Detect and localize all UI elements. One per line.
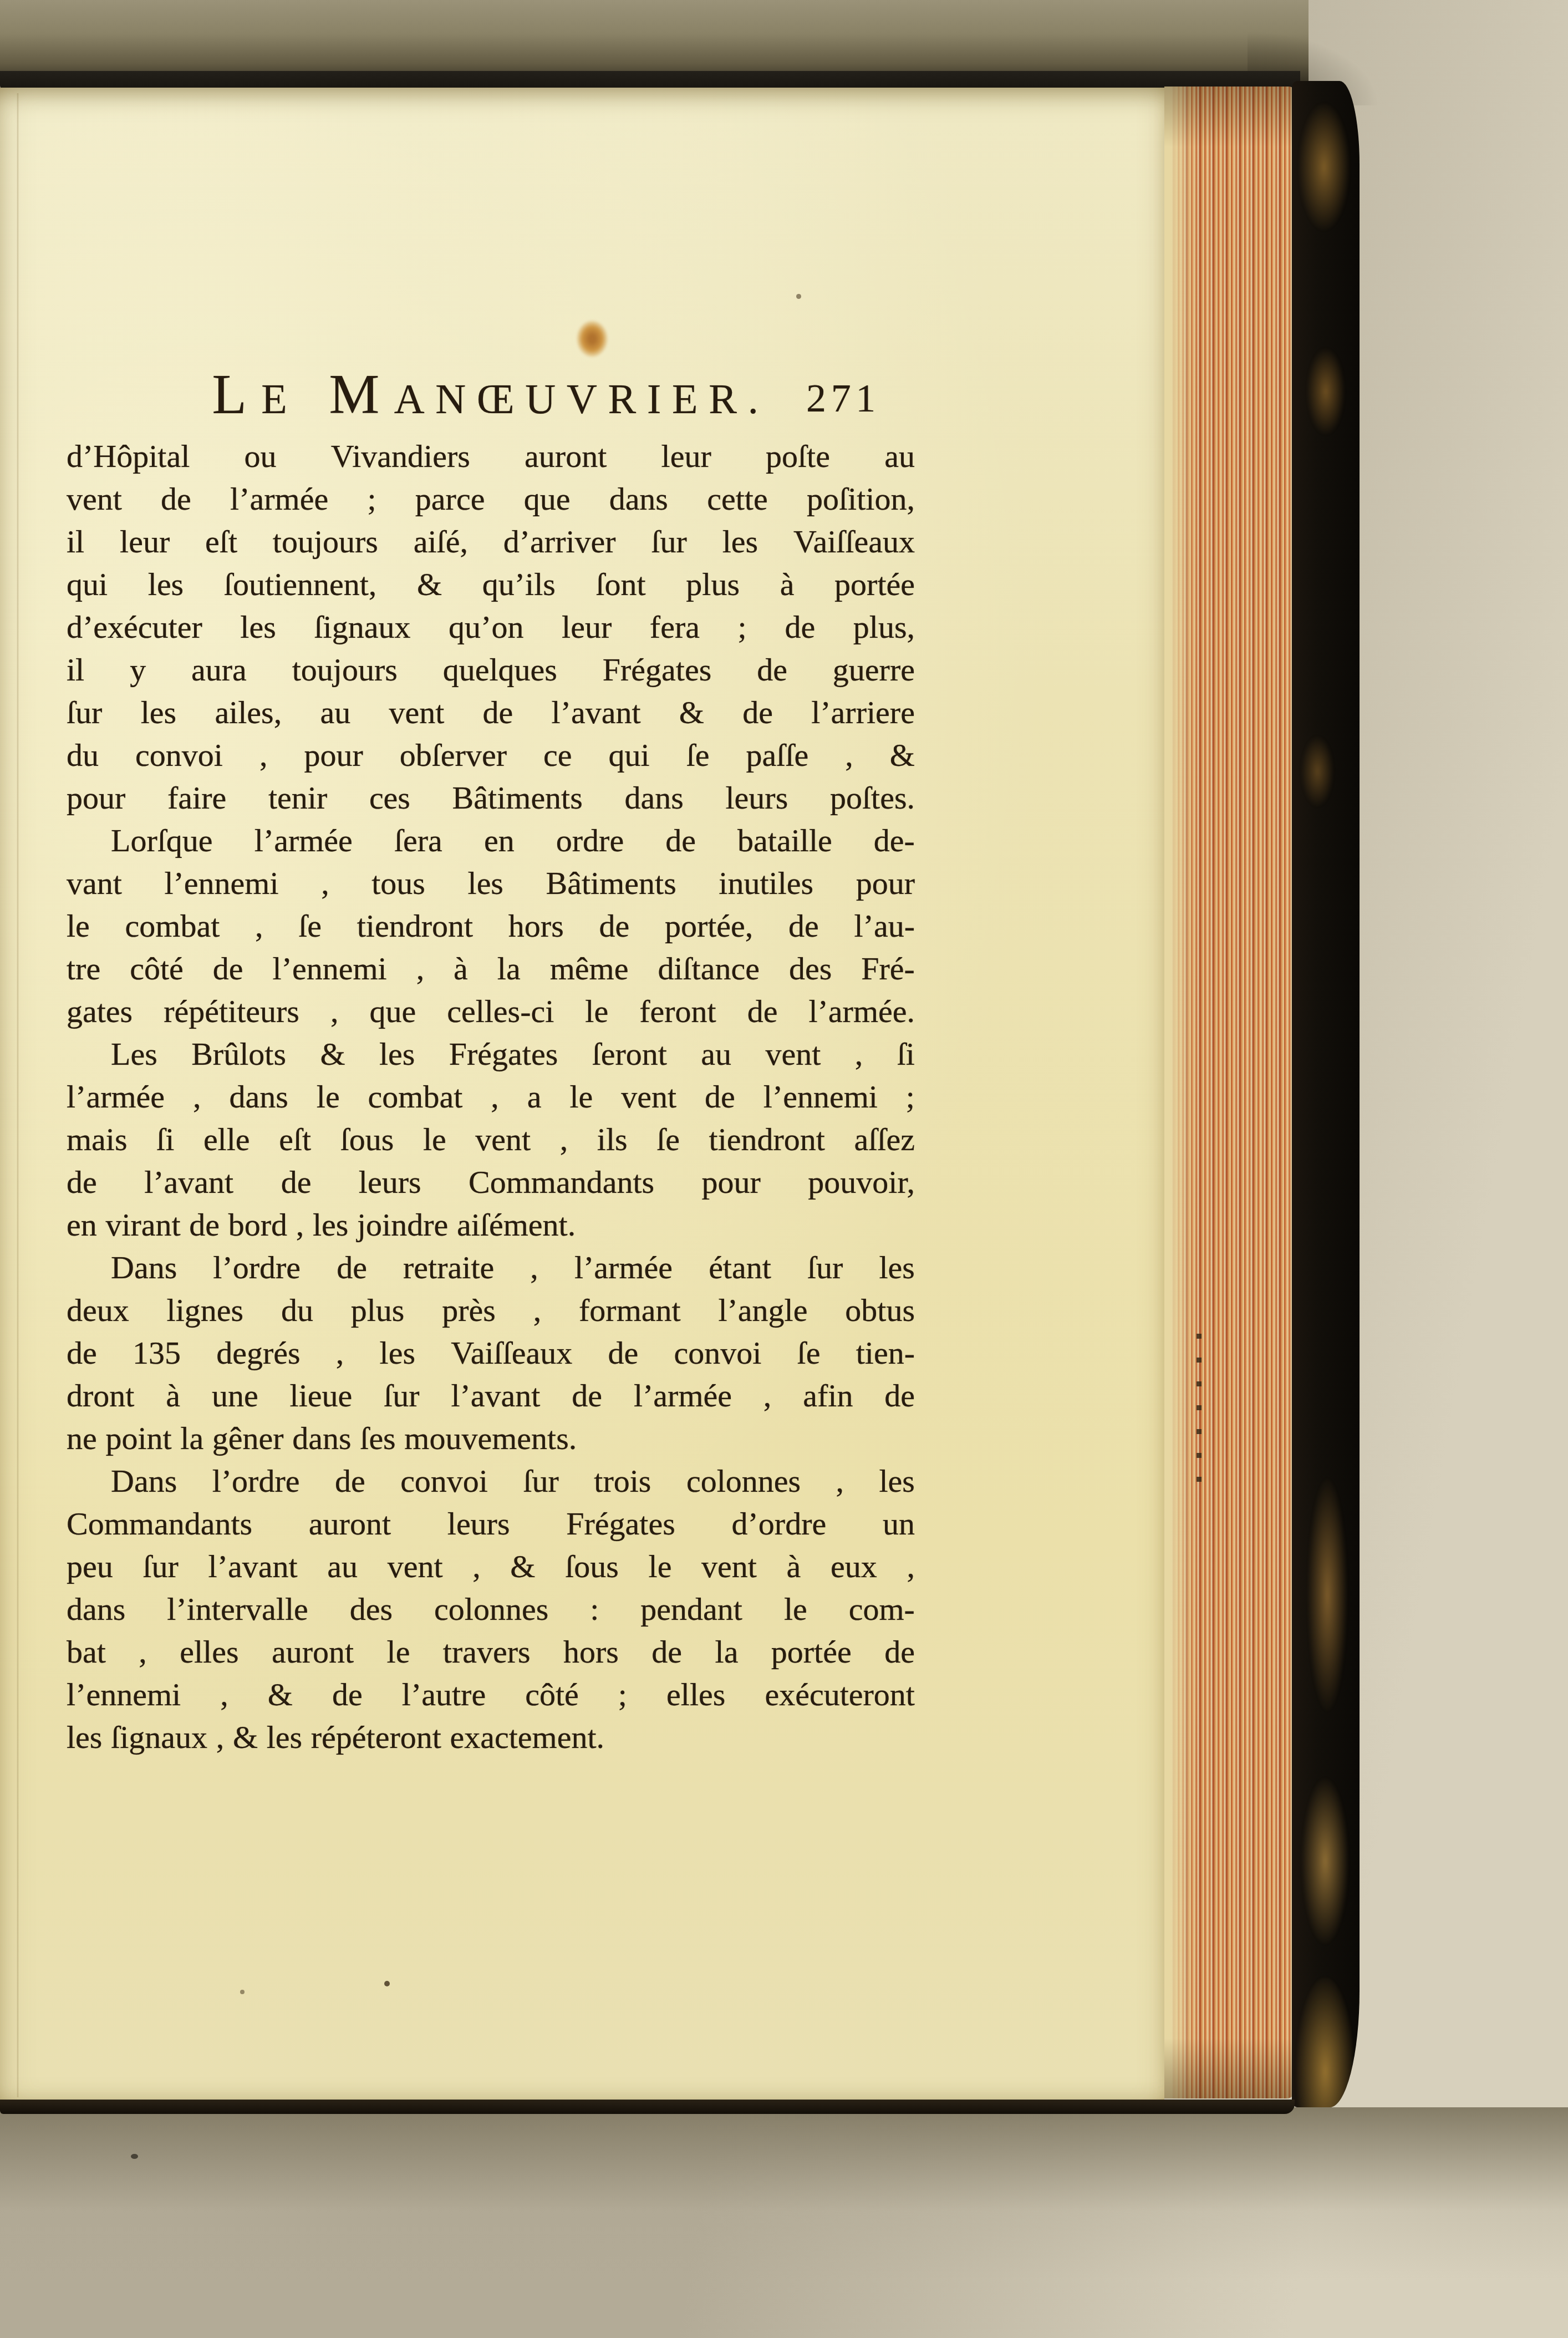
book-page: LEMANŒUVRIER. 271 d’HôpitalouVivandiersa…: [0, 88, 1164, 2102]
text-line: d’exécuterlesſignauxqu’onleurfera;deplus…: [67, 606, 915, 648]
title-initial: L: [212, 363, 261, 426]
book-bottom-edge: [0, 2100, 1295, 2114]
page-header: LEMANŒUVRIER. 271: [67, 362, 915, 427]
text-line: de135degrés,lesVaiſſeauxdeconvoiſetien-: [67, 1331, 915, 1374]
text-line: quilesſoutiennent,&qu’ilsſontplusàportée: [67, 563, 915, 606]
text-line: illeureſttoujoursaiſé,d’arriverſurlesVai…: [67, 520, 915, 563]
text-line: del’avantdeleursCommandantspourpouvoir,: [67, 1161, 915, 1203]
text-line: ilyauratoujoursquelquesFrégatesdeguerre: [67, 648, 915, 691]
title-small-caps: E: [261, 376, 298, 423]
text-line: ventdel’armée;parcequedanscettepoſition,: [67, 477, 915, 520]
text-line: gatesrépétiteurs,quecelles-cileferontdel…: [67, 990, 915, 1033]
text-line: bat,ellesaurontletravershorsdelaportéede: [67, 1630, 915, 1673]
text-line: CommandantsaurontleursFrégatesd’ordreun: [67, 1502, 915, 1545]
backdrop-bottom-shadow: [0, 2107, 1568, 2338]
text-line: Lorſquel’arméeſeraenordredebataillede-: [67, 819, 915, 862]
worn-leather-patch: [1302, 1778, 1348, 1944]
body-text: d’HôpitalouVivandiersaurontleurpoſteauve…: [67, 435, 915, 1758]
text-line: drontàunelieueſurl’avantdel’armée,afinde: [67, 1374, 915, 1417]
text-line: Dansl’ordrederetraite,l’arméeétantſurles: [67, 1246, 915, 1289]
fore-edge-specks: [1197, 1315, 1202, 1498]
book-cover-right-edge: [1292, 81, 1360, 2107]
text-line: nepointlagênerdansſesmouvements.: [67, 1417, 915, 1460]
ink-speck: [240, 1990, 245, 1994]
text-line: LesBrûlots&lesFrégatesſerontauvent,ſi: [67, 1033, 915, 1075]
ink-speck: [796, 294, 801, 299]
text-line: l’ennemi,&del’autrecôté;ellesexécuteront: [67, 1673, 915, 1716]
text-line: maisſielleeſtſouslevent,ilsſetiendrontaſ…: [67, 1118, 915, 1161]
text-line: duconvoi,pourobſervercequiſepaſſe,&: [67, 734, 915, 776]
text-line: d’HôpitalouVivandiersaurontleurpoſteau: [67, 435, 915, 477]
worn-leather-patch: [1306, 347, 1345, 436]
text-line: envirantdebord,lesjoindreaiſément.: [67, 1203, 915, 1246]
text-line: Dansl’ordredeconvoiſurtroiscolonnes,les: [67, 1460, 915, 1502]
foxing-stain: [577, 321, 608, 357]
text-line: deuxlignesduplusprès,formantl’angleobtus: [67, 1289, 915, 1331]
page-gutter-line: [17, 93, 19, 2097]
text-line: lesſignaux,&lesrépéterontexactement.: [67, 1716, 915, 1758]
text-line: pourfairetenircesBâtimentsdansleurspoſte…: [67, 776, 915, 819]
text-line: peuſurl’avantauvent,&ſousleventàeux,: [67, 1545, 915, 1588]
worn-leather-patch: [1299, 103, 1350, 231]
worn-leather-patch: [1307, 1478, 1347, 1711]
text-line: dansl’intervalledescolonnes:pendantlecom…: [67, 1588, 915, 1630]
text-line: vantl’ennemi,touslesBâtimentsinutilespou…: [67, 862, 915, 904]
title-small-caps: ANŒUVRIER.: [394, 376, 770, 423]
worn-leather-patch: [1301, 735, 1334, 807]
ink-speck: [384, 1981, 390, 1986]
photo-backdrop: LEMANŒUVRIER. 271 d’HôpitalouVivandiersa…: [0, 0, 1568, 2338]
running-title: LEMANŒUVRIER.: [67, 362, 915, 427]
page-number: 271: [806, 375, 880, 421]
text-line: lecombat,ſetiendronthorsdeportée,del’au-: [67, 904, 915, 947]
text-line: ſurlesailes,auventdel’avant&del’arriere: [67, 691, 915, 734]
title-initial: M: [329, 363, 394, 426]
worn-leather-patch: [1296, 1978, 1354, 2107]
dust-speck: [131, 2154, 138, 2159]
book-fore-edge: [1164, 87, 1295, 2098]
text-line: trecôtédel’ennemi,àlamêmediſtancedesFré-: [67, 947, 915, 990]
text-line: l’armée,danslecombat,aleventdel’ennemi;: [67, 1075, 915, 1118]
